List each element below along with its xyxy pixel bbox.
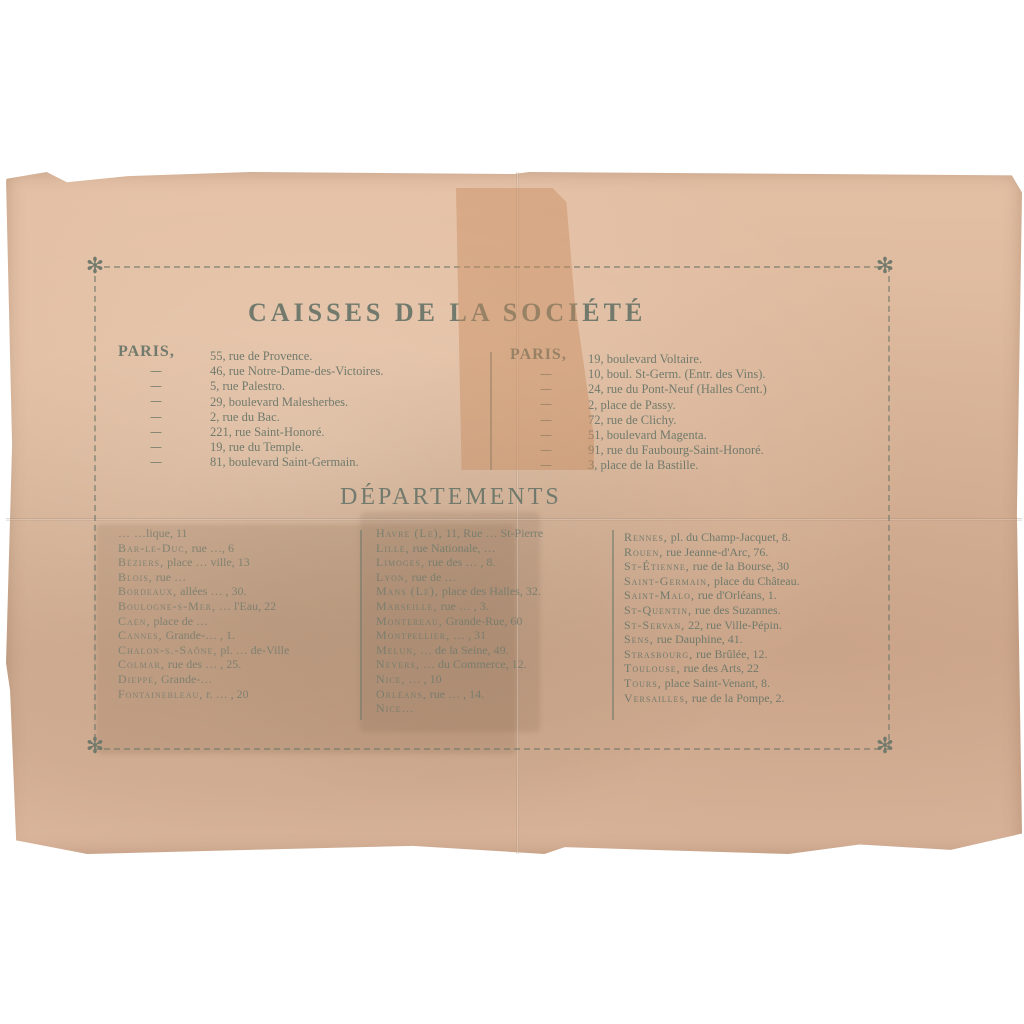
departement-entry: Chalon-s.-Saône, pl. … de-Ville — [118, 643, 289, 658]
departement-entry: Saint-Germain, place du Château. — [624, 574, 800, 589]
departement-entry: Bordeaux, allées … , 30. — [118, 584, 289, 599]
departement-entry: Cannes, Grande-… , 1. — [118, 628, 289, 643]
city-address: place du Château. — [711, 574, 800, 588]
city-name: Bordeaux, — [118, 584, 177, 598]
departement-entry: Rennes, pl. du Champ-Jacquet, 8. — [624, 530, 800, 545]
city-address: 11, Rue … St-Pierre — [443, 526, 544, 540]
city-name: Versailles, — [624, 691, 689, 705]
column-divider — [360, 530, 362, 720]
city-address: rue Dauphine, 41. — [654, 632, 743, 646]
address-line: 2, rue du Bac. — [210, 410, 384, 425]
city-address: …lique, 11 — [131, 526, 188, 540]
city-address: … , 10 — [406, 672, 442, 686]
city-address: 22, rue Ville-Pépin. — [685, 618, 782, 632]
departement-entry: St-Servan, 22, rue Ville-Pépin. — [624, 618, 800, 633]
ditto-mark: — — [150, 440, 162, 455]
departement-entry: Toulouse, rue des Arts, 22 — [624, 661, 800, 676]
departement-entry: St-Étienne, rue de la Bourse, 30 — [624, 559, 800, 574]
city-address: rue d'Orléans, 1. — [695, 588, 777, 602]
address-line: 81, boulevard Saint-Germain. — [210, 455, 384, 470]
address-line: 29, boulevard Malesherbes. — [210, 395, 384, 410]
city-name: Nice, — [376, 672, 406, 686]
address-line: 3, place de la Bastille. — [588, 458, 767, 473]
city-name: St-Quentin, — [624, 603, 692, 617]
city-address: pl. … de-Ville — [217, 643, 289, 657]
city-name: Boulogne-s-Mer, — [118, 599, 216, 613]
city-address: allées … , 30. — [177, 584, 246, 598]
departement-entry: Nice… — [376, 701, 543, 716]
city-name: St-Étienne, — [624, 559, 690, 573]
city-name: … — [118, 526, 131, 540]
column-divider — [612, 530, 614, 720]
city-address: rue des … , 8. — [425, 555, 495, 569]
departement-entry: St-Quentin, rue des Suzannes. — [624, 603, 800, 618]
address-line: 51, boulevard Magenta. — [588, 428, 767, 443]
city-address: rue Jeanne-d'Arc, 76. — [663, 545, 768, 559]
address-line: 46, rue Notre-Dame-des-Victoires. — [210, 364, 384, 379]
city-address: … de la Seine, 49. — [417, 643, 509, 657]
city-address: rue des … , 25. — [165, 657, 241, 671]
ditto-mark: — — [150, 364, 162, 379]
paris-addresses-right: 19, boulevard Voltaire.10, boul. St-Germ… — [588, 352, 767, 474]
city-address: Grande-… , 1. — [163, 628, 235, 642]
city-name: Strasbourg, — [624, 647, 693, 661]
departement-entry: Sens, rue Dauphine, 41. — [624, 632, 800, 647]
departement-entry: … …lique, 11 — [118, 526, 289, 541]
city-address: rue des Arts, 22 — [681, 661, 759, 675]
ditto-marks-left: ——————— — [150, 364, 162, 470]
address-line: 55, rue de Provence. — [210, 349, 384, 364]
city-name: Montereau, — [376, 614, 443, 628]
city-name: Nice… — [376, 701, 415, 715]
departement-entry: Versailles, rue de la Pompe, 2. — [624, 691, 800, 706]
departement-entry: Nice, … , 10 — [376, 672, 543, 687]
city-address: place des Halles, 32. — [439, 584, 541, 598]
address-line: 24, rue du Pont-Neuf (Halles Cent.) — [588, 382, 767, 397]
city-name: Blois, — [118, 570, 153, 584]
paris-addresses-left: 55, rue de Provence.46, rue Notre-Dame-d… — [210, 349, 384, 471]
departement-entry: Caen, place de … — [118, 614, 289, 629]
city-name: Saint-Malo, — [624, 588, 695, 602]
city-address: Grande-… — [158, 672, 212, 686]
city-name: Caen, — [118, 614, 150, 628]
ditto-mark: — — [150, 394, 162, 409]
city-name: Dieppe, — [118, 672, 158, 686]
city-name: Colmar, — [118, 657, 165, 671]
city-address: place de … — [150, 614, 208, 628]
address-line: 72, rue de Clichy. — [588, 413, 767, 428]
city-address: rue Brûlée, 12. — [693, 647, 767, 661]
document-title: CAISSES DE LA SOCIÉTÉ — [248, 298, 646, 328]
city-name: Sens, — [624, 632, 654, 646]
departement-entry: Strasbourg, rue Brûlée, 12. — [624, 647, 800, 662]
city-name: Tours, — [624, 676, 662, 690]
fleuron-corner-icon: ✻ — [874, 256, 896, 278]
city-address: rue … , 3. — [437, 599, 488, 613]
departement-entry: Nevers, … du Commerce, 12. — [376, 657, 543, 672]
city-name: Limoges, — [376, 555, 425, 569]
city-address: rue de la Bourse, 30 — [690, 559, 789, 573]
city-name: Mans (Le), — [376, 584, 439, 598]
fleuron-corner-icon: ✻ — [84, 736, 106, 758]
departement-entry: Lyon, rue de … — [376, 570, 543, 585]
city-name: Saint-Germain, — [624, 574, 711, 588]
ditto-mark: — — [150, 455, 162, 470]
city-name: Rouen, — [624, 545, 663, 559]
ditto-mark: — — [150, 379, 162, 394]
city-name: Marseille, — [376, 599, 437, 613]
city-name: Nevers, — [376, 657, 420, 671]
departement-entry: Tours, place Saint-Venant, 8. — [624, 676, 800, 691]
departement-entry: Limoges, rue des … , 8. — [376, 555, 543, 570]
departement-entry: Mans (Le), place des Halles, 32. — [376, 584, 543, 599]
paris-label-left: PARIS, — [118, 343, 175, 361]
departement-entry: Rouen, rue Jeanne-d'Arc, 76. — [624, 545, 800, 560]
departement-entry: Bar-le-Duc, rue …, 6 — [118, 541, 289, 556]
city-address: … , 31 — [450, 628, 486, 642]
city-name: Cannes, — [118, 628, 163, 642]
address-line: 91, rue du Faubourg-Saint-Honoré. — [588, 443, 767, 458]
city-address: r. … , 20 — [203, 687, 248, 701]
ditto-mark: — — [150, 410, 162, 425]
city-name: Orléans, — [376, 687, 427, 701]
city-address: place … ville, 13 — [164, 555, 250, 569]
address-line: 19, rue du Temple. — [210, 440, 384, 455]
city-name: Montpellier, — [376, 628, 450, 642]
departement-entry: Saint-Malo, rue d'Orléans, 1. — [624, 588, 800, 603]
city-name: Chalon-s.-Saône, — [118, 643, 217, 657]
city-address: place Saint-Venant, 8. — [662, 676, 770, 690]
city-address: Grande-Rue, 60 — [443, 614, 523, 628]
address-line: 19, boulevard Voltaire. — [588, 352, 767, 367]
departement-entry: Dieppe, Grande-… — [118, 672, 289, 687]
city-name: Béziers, — [118, 555, 164, 569]
departement-entry: Lille, rue Nationale, … — [376, 541, 543, 556]
city-name: Melun, — [376, 643, 417, 657]
city-name: St-Servan, — [624, 618, 685, 632]
departements-heading: DÉPARTEMENTS — [340, 484, 562, 511]
city-address: rue … — [153, 570, 186, 584]
address-line: 2, place de Passy. — [588, 398, 767, 413]
departement-entry: Béziers, place … ville, 13 — [118, 555, 289, 570]
departement-entry: Melun, … de la Seine, 49. — [376, 643, 543, 658]
departement-entry: Boulogne-s-Mer, … l'Eau, 22 — [118, 599, 289, 614]
city-name: Toulouse, — [624, 661, 681, 675]
city-address: rue Nationale, … — [410, 541, 496, 555]
city-address: rue de … — [409, 570, 457, 584]
departement-entry: Colmar, rue des … , 25. — [118, 657, 289, 672]
city-address: … du Commerce, 12. — [420, 657, 527, 671]
departements-column-1: … …lique, 11Bar-le-Duc, rue …, 6Béziers,… — [118, 526, 289, 701]
departements-column-3: Rennes, pl. du Champ-Jacquet, 8.Rouen, r… — [624, 530, 800, 705]
address-line: 221, rue Saint-Honoré. — [210, 425, 384, 440]
city-name: Fontainebleau, — [118, 687, 203, 701]
city-name: Lille, — [376, 541, 410, 555]
city-address: rue …, 6 — [189, 541, 234, 555]
city-address: pl. du Champ-Jacquet, 8. — [668, 530, 791, 544]
city-name: Lyon, — [376, 570, 409, 584]
departement-entry: Montereau, Grande-Rue, 60 — [376, 614, 543, 629]
departement-entry: Orléans, rue … , 14. — [376, 687, 543, 702]
city-address: rue des Suzannes. — [692, 603, 781, 617]
fleuron-corner-icon: ✻ — [874, 736, 896, 758]
city-name: Havre (Le), — [376, 526, 443, 540]
fleuron-corner-icon: ✻ — [84, 256, 106, 278]
city-address: rue de la Pompe, 2. — [689, 691, 785, 705]
city-address: rue … , 14. — [427, 687, 484, 701]
departement-entry: Havre (Le), 11, Rue … St-Pierre — [376, 526, 543, 541]
departement-entry: Blois, rue … — [118, 570, 289, 585]
address-line: 10, boul. St-Germ. (Entr. des Vins). — [588, 367, 767, 382]
city-name: Rennes, — [624, 530, 668, 544]
ditto-mark: — — [150, 425, 162, 440]
departement-entry: Fontainebleau, r. … , 20 — [118, 687, 289, 702]
city-name: Bar-le-Duc, — [118, 541, 189, 555]
address-line: 5, rue Palestro. — [210, 379, 384, 394]
departement-entry: Montpellier, … , 31 — [376, 628, 543, 643]
city-address: … l'Eau, 22 — [216, 599, 276, 613]
departements-column-2: Havre (Le), 11, Rue … St-PierreLille, ru… — [376, 526, 543, 716]
departement-entry: Marseille, rue … , 3. — [376, 599, 543, 614]
